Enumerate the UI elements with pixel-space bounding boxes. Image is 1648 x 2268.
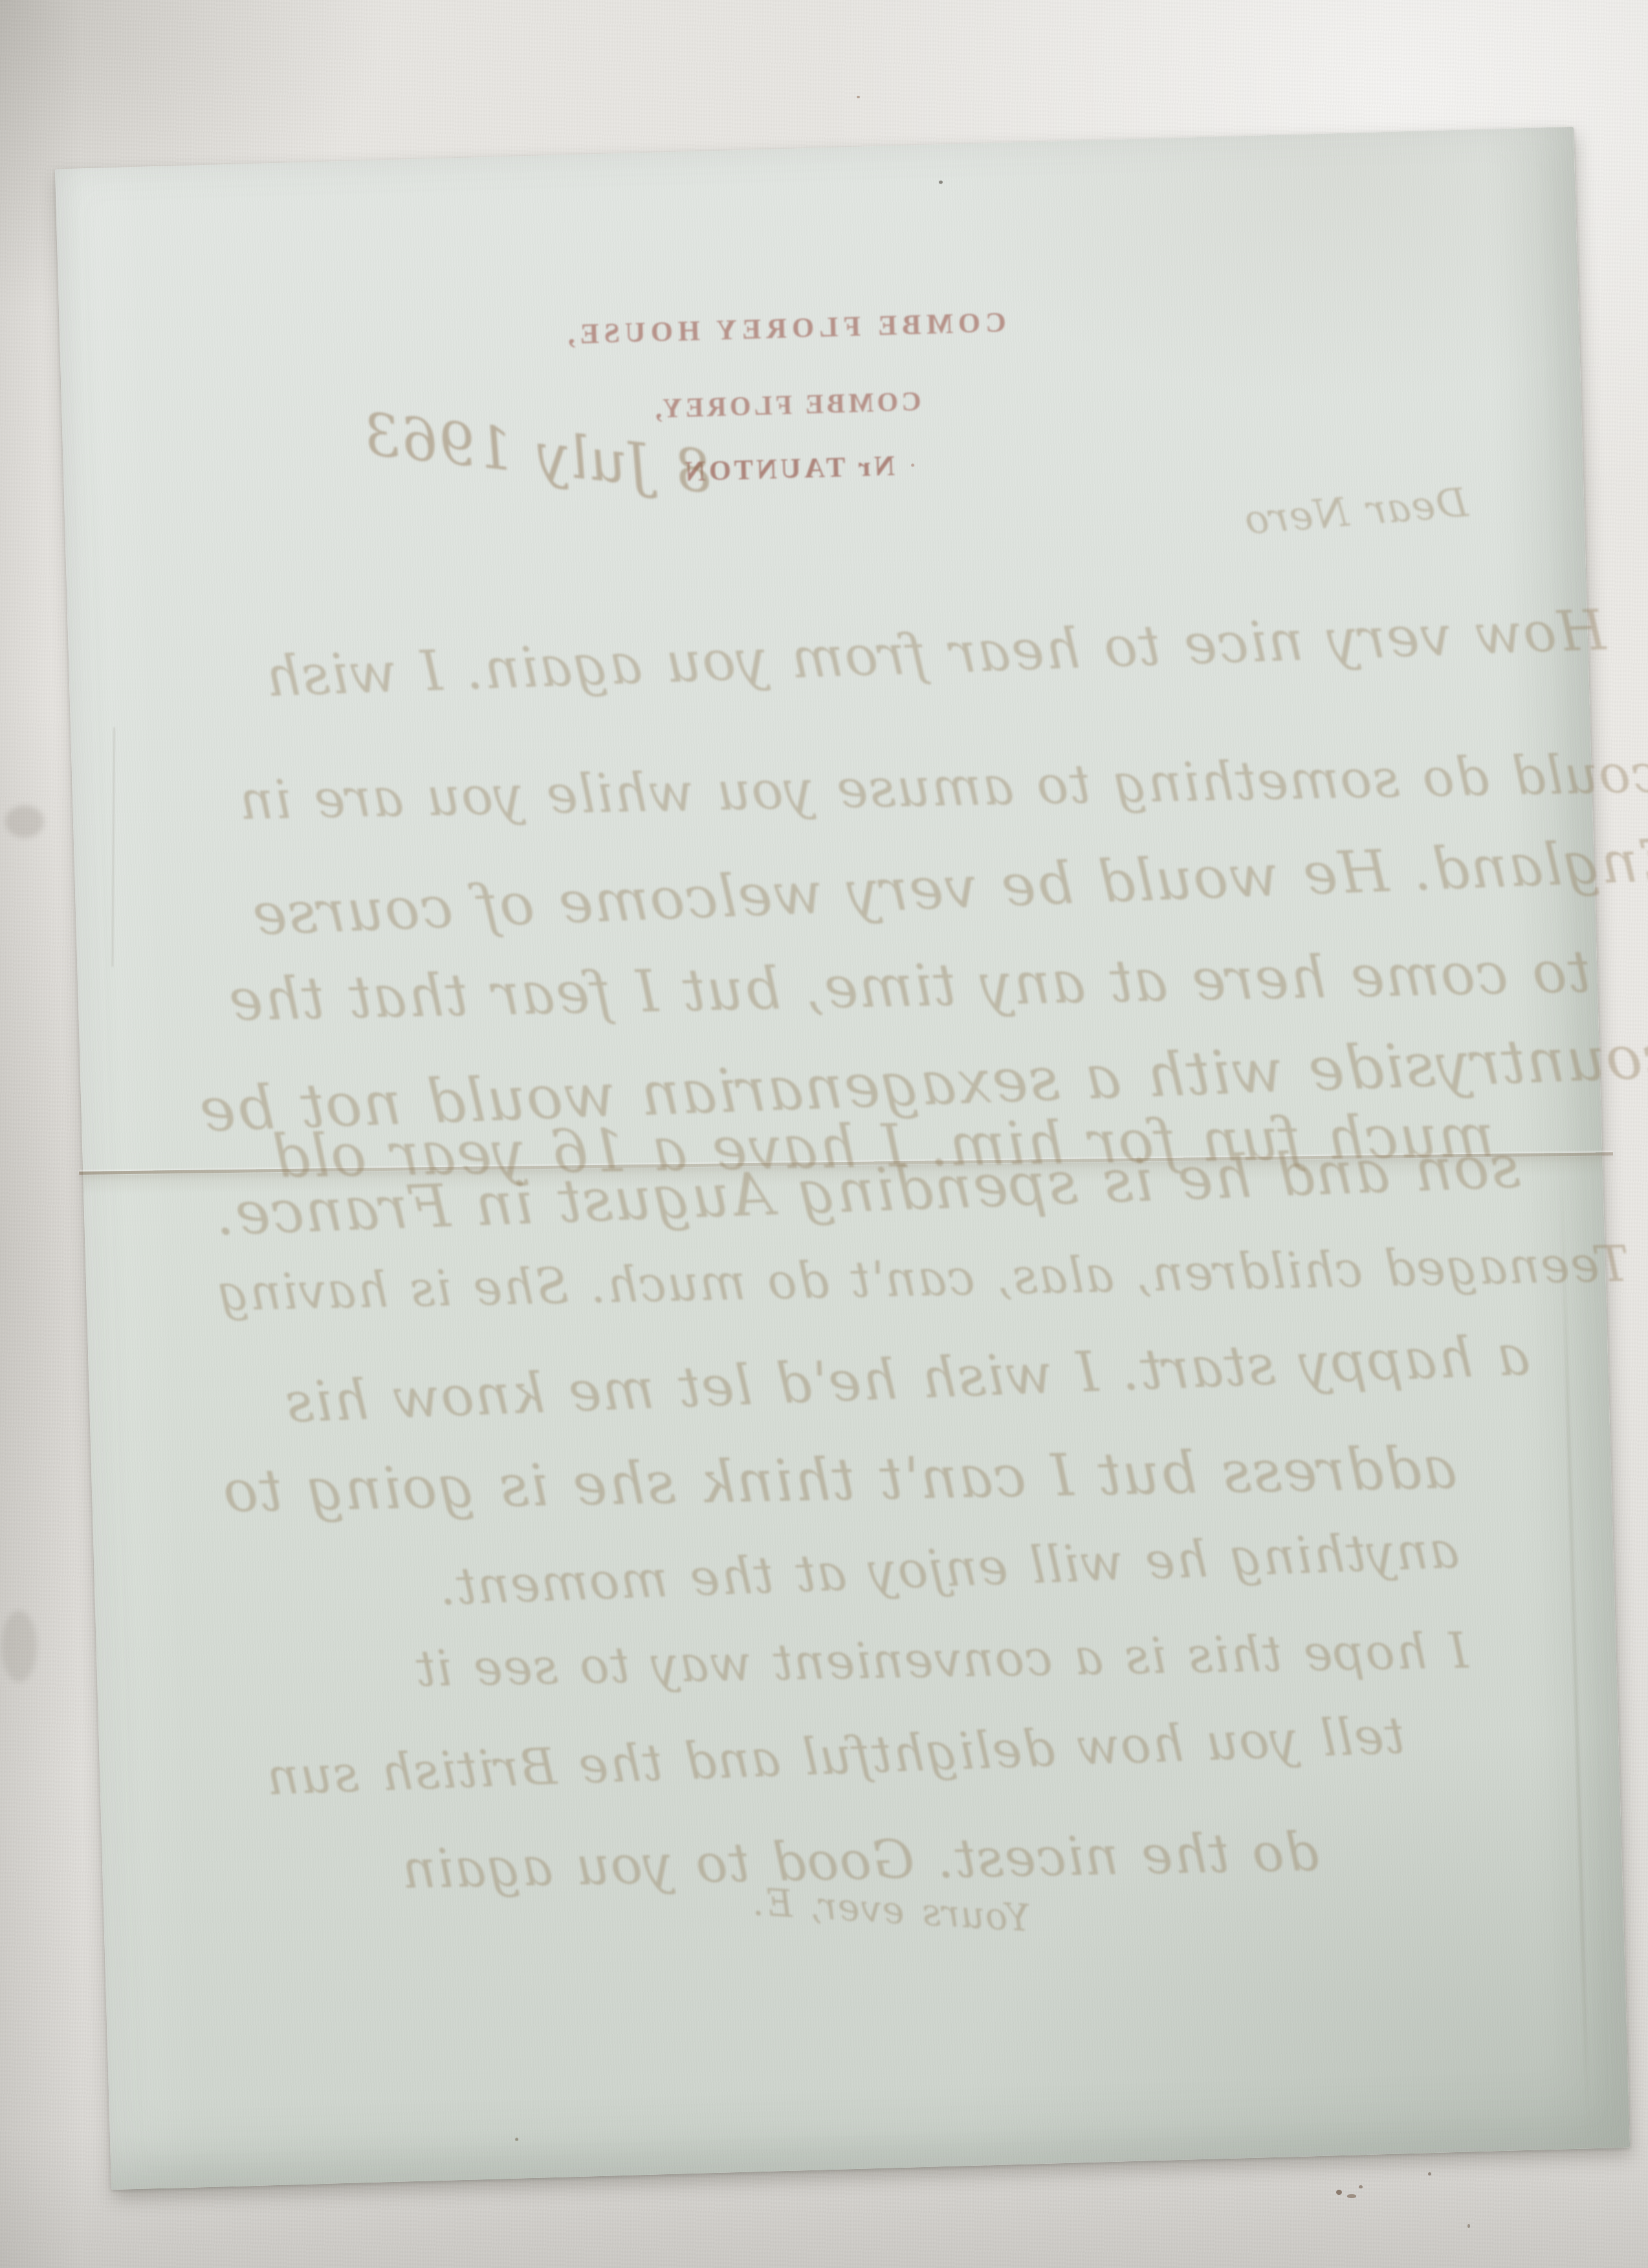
letterhead-line2: COMBE FLOREY, xyxy=(0,368,1581,444)
wall-speck-cluster xyxy=(1336,2190,1342,2195)
wall-speck xyxy=(1428,2172,1431,2175)
wall-speck xyxy=(1467,2224,1470,2228)
wall-speck-cluster xyxy=(1347,2194,1356,2198)
photo-backdrop: COMBE FLOREY HOUSE, COMBE FLOREY, Nr TAU… xyxy=(0,0,1648,2268)
wall-smudge xyxy=(1,1611,37,1682)
wall-speck-cluster xyxy=(1359,2185,1363,2188)
wall-smudge xyxy=(5,805,44,838)
wall-speck xyxy=(857,96,860,98)
paper-speck xyxy=(515,2138,518,2141)
letter-paper-verso: COMBE FLOREY HOUSE, COMBE FLOREY, Nr TAU… xyxy=(55,127,1630,2190)
